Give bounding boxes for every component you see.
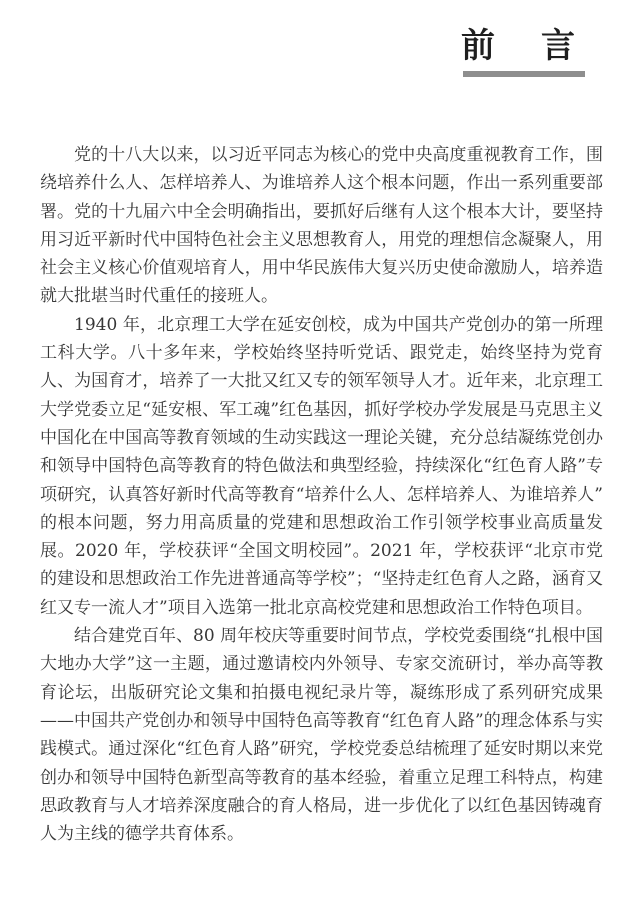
document-page: 前 言 党的十八大以来，以习近平同志为核心的党中央高度重视教育工作，围绕培养什么…	[0, 0, 641, 918]
page-title: 前 言	[461, 26, 581, 69]
paragraph-1: 党的十八大以来，以习近平同志为核心的党中央高度重视教育工作，围绕培养什么人、怎样…	[40, 141, 603, 311]
document-body: 党的十八大以来，以习近平同志为核心的党中央高度重视教育工作，围绕培养什么人、怎样…	[40, 141, 603, 848]
title-underline-bar	[463, 71, 585, 77]
page-header: 前 言	[461, 26, 581, 77]
paragraph-2: 1940 年，北京理工大学在延安创校，成为中国共产党创办的第一所理工科大学。八十…	[40, 311, 603, 622]
paragraph-3: 结合建党百年、80 周年校庆等重要时间节点，学校党委围绕“扎根中国大地办大学”这…	[40, 622, 603, 848]
